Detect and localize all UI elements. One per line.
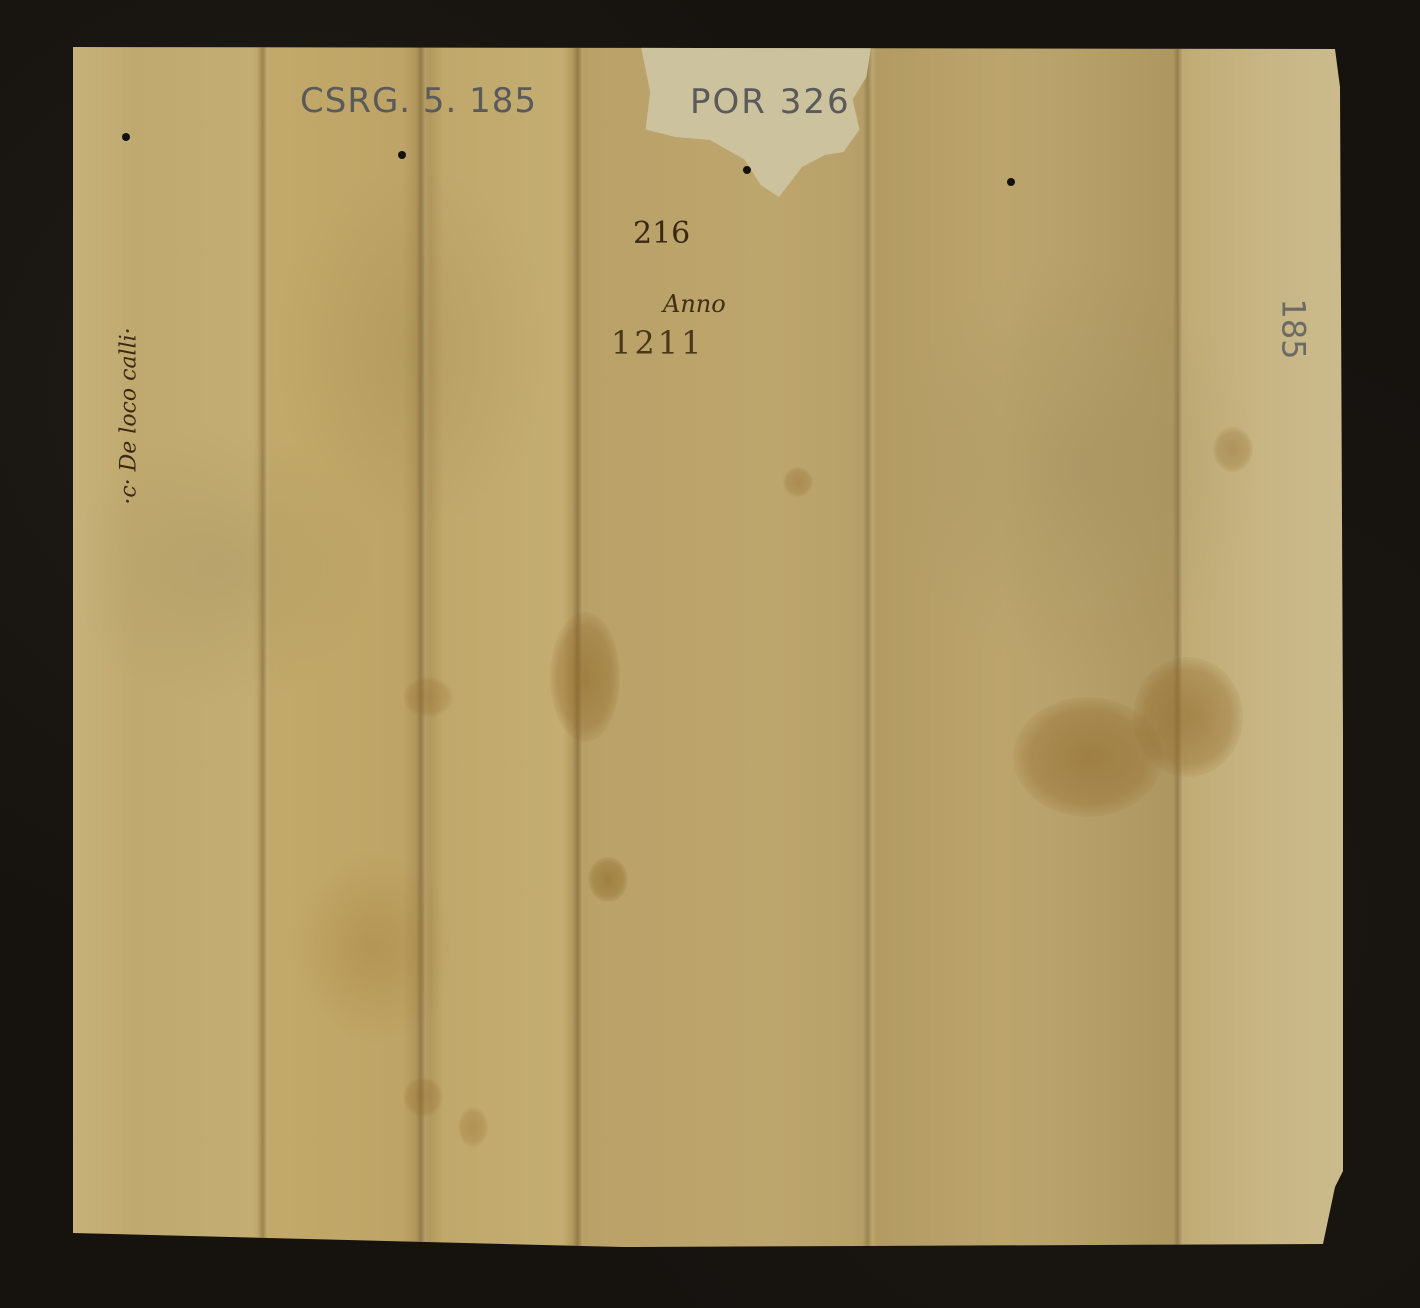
shelfmark-annotation: CSRG. 5. 185 [300,84,537,118]
stain [588,857,628,902]
fold-line [258,47,272,1247]
anno-annotation: Anno [663,292,726,316]
stain [550,612,620,742]
stain [783,467,813,497]
vertical-margin-note: ·c· De loco calli· [119,327,141,504]
right-margin-number: 185 [1278,298,1310,359]
number-annotation: 216 [633,219,690,249]
punch-hole [743,166,751,174]
punch-hole [398,151,406,159]
fold-line [1173,47,1187,1247]
por-label-annotation: POR 326 [690,85,851,119]
stain [458,1107,488,1147]
year-annotation: 1211 [611,327,704,359]
punch-hole [122,133,130,141]
stain [1213,427,1253,472]
fold-line [863,47,877,1247]
stain [403,1077,443,1117]
punch-hole [1007,178,1015,186]
stain [403,677,453,717]
stain [1133,657,1243,777]
parchment-sheet: CSRG. 5. 185 POR 326 216 Anno 1211 ·c· D… [73,47,1343,1247]
torn-patch [641,47,871,197]
fold-line [416,47,430,1247]
